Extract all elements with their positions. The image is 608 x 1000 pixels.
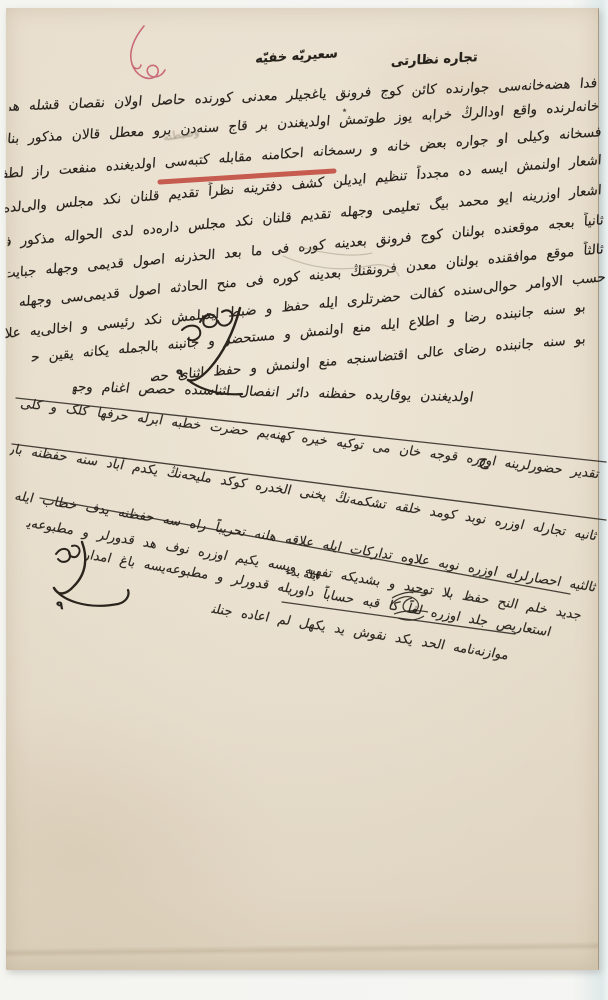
scanned-document: تجاره نظارتی سعیریّه خفیّه فدا هضه‌خانه‌… (0, 0, 608, 1000)
signature-numeral-middle: ٩ (176, 366, 183, 380)
ink-star-mark: ٭ (342, 106, 347, 116)
insert-mark: ح (478, 450, 488, 469)
signature-numeral-lower: ٩ (56, 598, 63, 612)
